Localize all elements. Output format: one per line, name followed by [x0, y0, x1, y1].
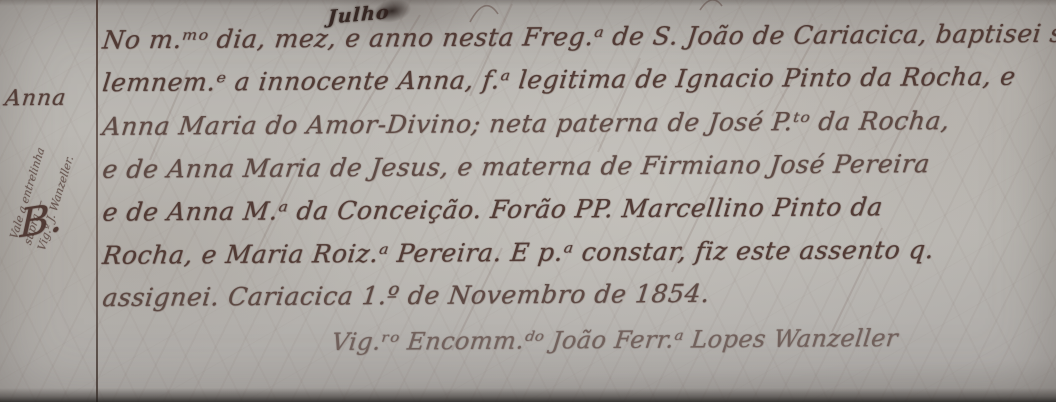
record-line-6: Rocha, e Maria Roiz.ᵃ Pereira. E p.ᵃ con… — [101, 235, 936, 270]
record-line-4: e de Anna Maria de Jesus, e materna de F… — [101, 149, 932, 184]
record-line-7: assignei. Cariacica 1.º de Novembro de 1… — [101, 279, 711, 312]
baptismal-record-scan: Anna Vale a entrelinha supra — Vig.º J. … — [0, 0, 1056, 402]
margin-rule-line — [96, 0, 98, 402]
top-scan-edge — [0, 0, 1056, 6]
priest-signature: Vig.ʳᵒ Encomm.ᵈᵒ João Ferr.ᵃ Lopes Wanze… — [330, 324, 899, 356]
record-line-3: Anna Maria do Amor-Divino; neta paterna … — [101, 106, 952, 141]
record-line-5: e de Anna M.ᵃ da Conceição. Forão PP. Ma… — [101, 192, 885, 226]
bottom-scan-edge — [0, 388, 1056, 402]
record-line-1: No m.ᵐᵒ dia, mez, e anno nesta Freg.ᵃ de… — [101, 19, 1056, 55]
record-line-2: lemnem.ᵉ a innocente Anna, f.ᵃ legitima … — [101, 62, 1017, 97]
margin-record-initial: B. — [19, 195, 63, 247]
